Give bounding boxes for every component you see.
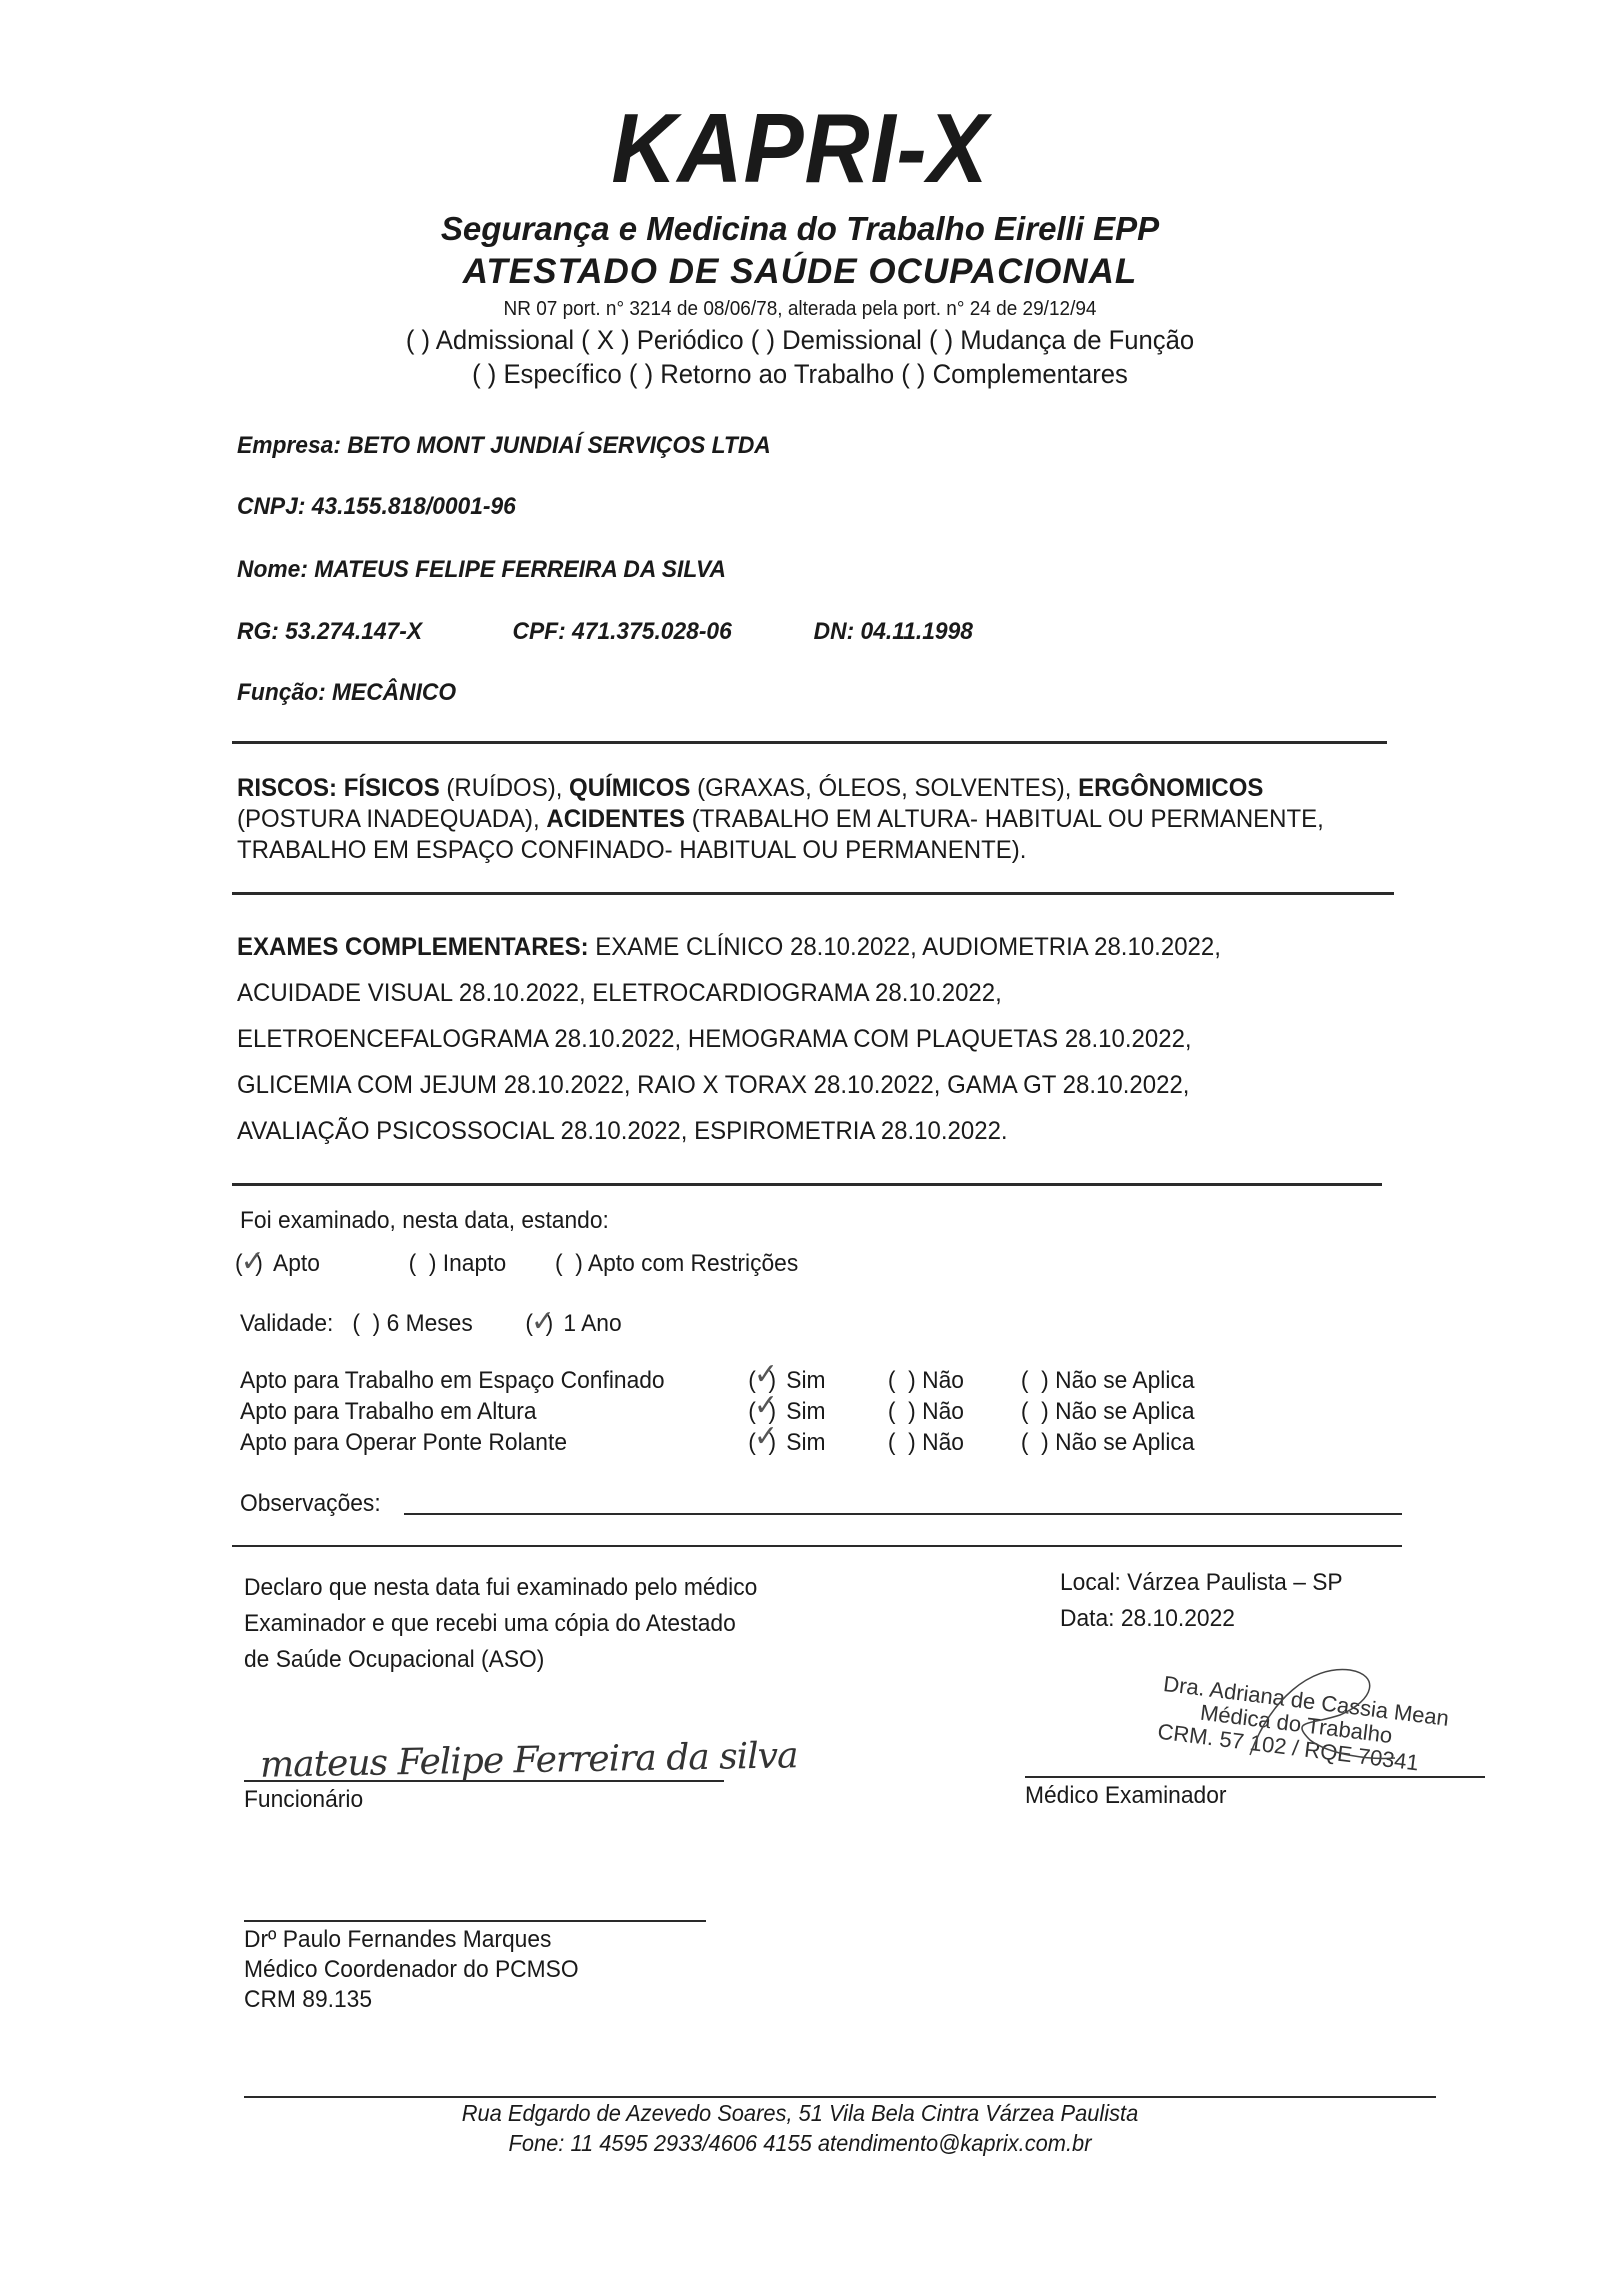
- rg-field: RG: 53.274.147-X: [237, 618, 422, 646]
- fitness-options: (✓ )Apto ( ) Inapto ( ) Apto com Restriç…: [235, 1250, 798, 1278]
- nao-option[interactable]: ( ) Não: [888, 1396, 964, 1427]
- exam-line: GLICEMIA COM JEJUM 28.10.2022, RAIO X TO…: [237, 1062, 1370, 1108]
- date: Data: 28.10.2022: [1060, 1601, 1343, 1637]
- employee-name-field: Nome: MATEUS FELIPE FERREIRA DA SILVA: [237, 556, 726, 584]
- exam-line: ELETROENCEFALOGRAMA 28.10.2022, HEMOGRAM…: [237, 1016, 1370, 1062]
- exam-type-options-line-1: ( ) Admissional ( X ) Periódico ( ) Demi…: [40, 325, 1560, 356]
- divider: [232, 1545, 1402, 1547]
- complementary-exams-section: EXAMES COMPLEMENTARES: EXAME CLÍNICO 28.…: [237, 924, 1370, 1154]
- signature-line: [244, 1780, 724, 1782]
- nao-se-aplica-option[interactable]: ( ) Não se Aplica: [1021, 1427, 1195, 1458]
- nao-option[interactable]: ( ) Não: [888, 1427, 964, 1458]
- place-date: Local: Várzea Paulista – SP Data: 28.10.…: [1060, 1565, 1343, 1637]
- inapto-checkbox[interactable]: ( ): [409, 1250, 437, 1277]
- nao-option[interactable]: ( ) Não: [888, 1365, 964, 1396]
- apto-restricoes-label: Apto com Restrições: [588, 1250, 798, 1277]
- accident-risks-label: ACIDENTES: [546, 805, 685, 833]
- divider: [232, 892, 1394, 895]
- divider: [232, 1183, 1382, 1186]
- physical-risks-label: FÍSICOS: [344, 774, 440, 802]
- coordinator-role: Médico Coordenador do PCMSO: [244, 1955, 579, 1985]
- apto-checkbox[interactable]: (✓ ): [235, 1250, 273, 1278]
- one-year-checkbox[interactable]: (✓ ): [525, 1310, 563, 1338]
- exams-label: EXAMES COMPLEMENTARES:: [237, 933, 589, 961]
- check-mark-icon: ✓: [754, 1421, 778, 1452]
- validity-label: Validade:: [240, 1310, 333, 1337]
- nao-se-aplica-option[interactable]: ( ) Não se Aplica: [1021, 1365, 1195, 1396]
- footer-address: Rua Edgardo de Azevedo Soares, 51 Vila B…: [40, 2100, 1560, 2127]
- cnpj-field: CNPJ: 43.155.818/0001-96: [237, 493, 516, 521]
- one-year-label: 1 Ano: [563, 1310, 621, 1337]
- nao-se-aplica-option[interactable]: ( ) Não se Aplica: [1021, 1396, 1195, 1427]
- ergonomic-risks: (POSTURA INADEQUADA),: [237, 805, 540, 833]
- coordinator-crm: CRM 89.135: [244, 1985, 579, 2015]
- physical-risks: (RUÍDOS),: [446, 774, 562, 802]
- company-subtitle: Segurança e Medicina do Trabalho Eirelli…: [0, 210, 1600, 248]
- six-months-checkbox[interactable]: ( ): [352, 1310, 380, 1337]
- doctor-signature-icon: [1230, 1660, 1400, 1770]
- exam-line: ACUIDADE VISUAL 28.10.2022, ELETROCARDIO…: [237, 970, 1370, 1016]
- document-title: ATESTADO DE SAÚDE OCUPACIONAL: [0, 252, 1600, 292]
- risks-label: RISCOS:: [237, 774, 337, 802]
- six-months-label: 6 Meses: [387, 1310, 473, 1337]
- check-mark-icon: ✓: [754, 1359, 778, 1390]
- signature-line: [1025, 1776, 1485, 1778]
- examiner-label: Médico Examinador: [1025, 1782, 1227, 1810]
- coordinator-block: Drº Paulo Fernandes Marques Médico Coord…: [244, 1925, 579, 2015]
- risks-section: RISCOS: FÍSICOS (RUÍDOS), QUÍMICOS (GRAX…: [237, 773, 1360, 866]
- coordinator-name: Drº Paulo Fernandes Marques: [244, 1925, 579, 1955]
- apto-restricoes-checkbox[interactable]: ( ): [555, 1250, 583, 1277]
- check-mark-icon: ✓: [241, 1244, 265, 1279]
- validity-row: Validade: ( ) 6 Meses (✓ )1 Ano: [240, 1310, 622, 1338]
- inapto-label: Inapto: [443, 1250, 506, 1277]
- company-logo: KAPRI-X: [64, 92, 1536, 205]
- divider: [232, 741, 1387, 744]
- examined-intro: Foi examinado, nesta data, estando:: [240, 1207, 609, 1235]
- observations-label: Observações:: [240, 1490, 381, 1518]
- check-mark-icon: ✓: [754, 1390, 778, 1421]
- company-field: Empresa: BETO MONT JUNDIAÍ SERVIÇOS LTDA: [237, 432, 771, 460]
- cpf-field: CPF: 471.375.028-06: [513, 618, 732, 646]
- footer-divider: [244, 2096, 1436, 2098]
- identity-row: RG: 53.274.147-X CPF: 471.375.028-06 DN:…: [237, 618, 1187, 646]
- fitness-row: Apto para Operar Ponte Rolante (✓ )Sim (…: [240, 1427, 1285, 1458]
- employee-signature: mateus Felipe Ferreira da silva: [260, 1735, 798, 1785]
- declaration: Declaro que nesta data fui examinado pel…: [244, 1570, 757, 1678]
- specific-fitness-table: Apto para Trabalho em Espaço Confinado (…: [240, 1365, 1285, 1458]
- location: Local: Várzea Paulista – SP: [1060, 1565, 1343, 1601]
- employee-label: Funcionário: [244, 1786, 363, 1814]
- chemical-risks-label: QUÍMICOS: [569, 774, 690, 802]
- signature-line: [244, 1920, 706, 1922]
- footer-contact: Fone: 11 4595 2933/4606 4155 atendimento…: [40, 2130, 1560, 2157]
- sim-option[interactable]: (✓ )Sim: [748, 1427, 825, 1458]
- apto-label: Apto: [273, 1250, 320, 1277]
- exam-line: EXAMES COMPLEMENTARES: EXAME CLÍNICO 28.…: [237, 924, 1370, 970]
- birth-date-field: DN: 04.11.1998: [814, 618, 973, 646]
- job-function-field: Função: MECÂNICO: [237, 679, 456, 707]
- observations-input-line[interactable]: [404, 1513, 1402, 1515]
- chemical-risks: (GRAXAS, ÓLEOS, SOLVENTES),: [697, 774, 1071, 802]
- ergonomic-risks-label: ERGÔNOMICOS: [1078, 774, 1263, 802]
- regulation-reference: NR 07 port. n° 3214 de 08/06/78, alterad…: [40, 298, 1560, 321]
- check-mark-icon: ✓: [531, 1304, 555, 1339]
- exam-type-options-line-2: ( ) Específico ( ) Retorno ao Trabalho (…: [40, 359, 1560, 390]
- exam-line: AVALIAÇÃO PSICOSSOCIAL 28.10.2022, ESPIR…: [237, 1108, 1370, 1154]
